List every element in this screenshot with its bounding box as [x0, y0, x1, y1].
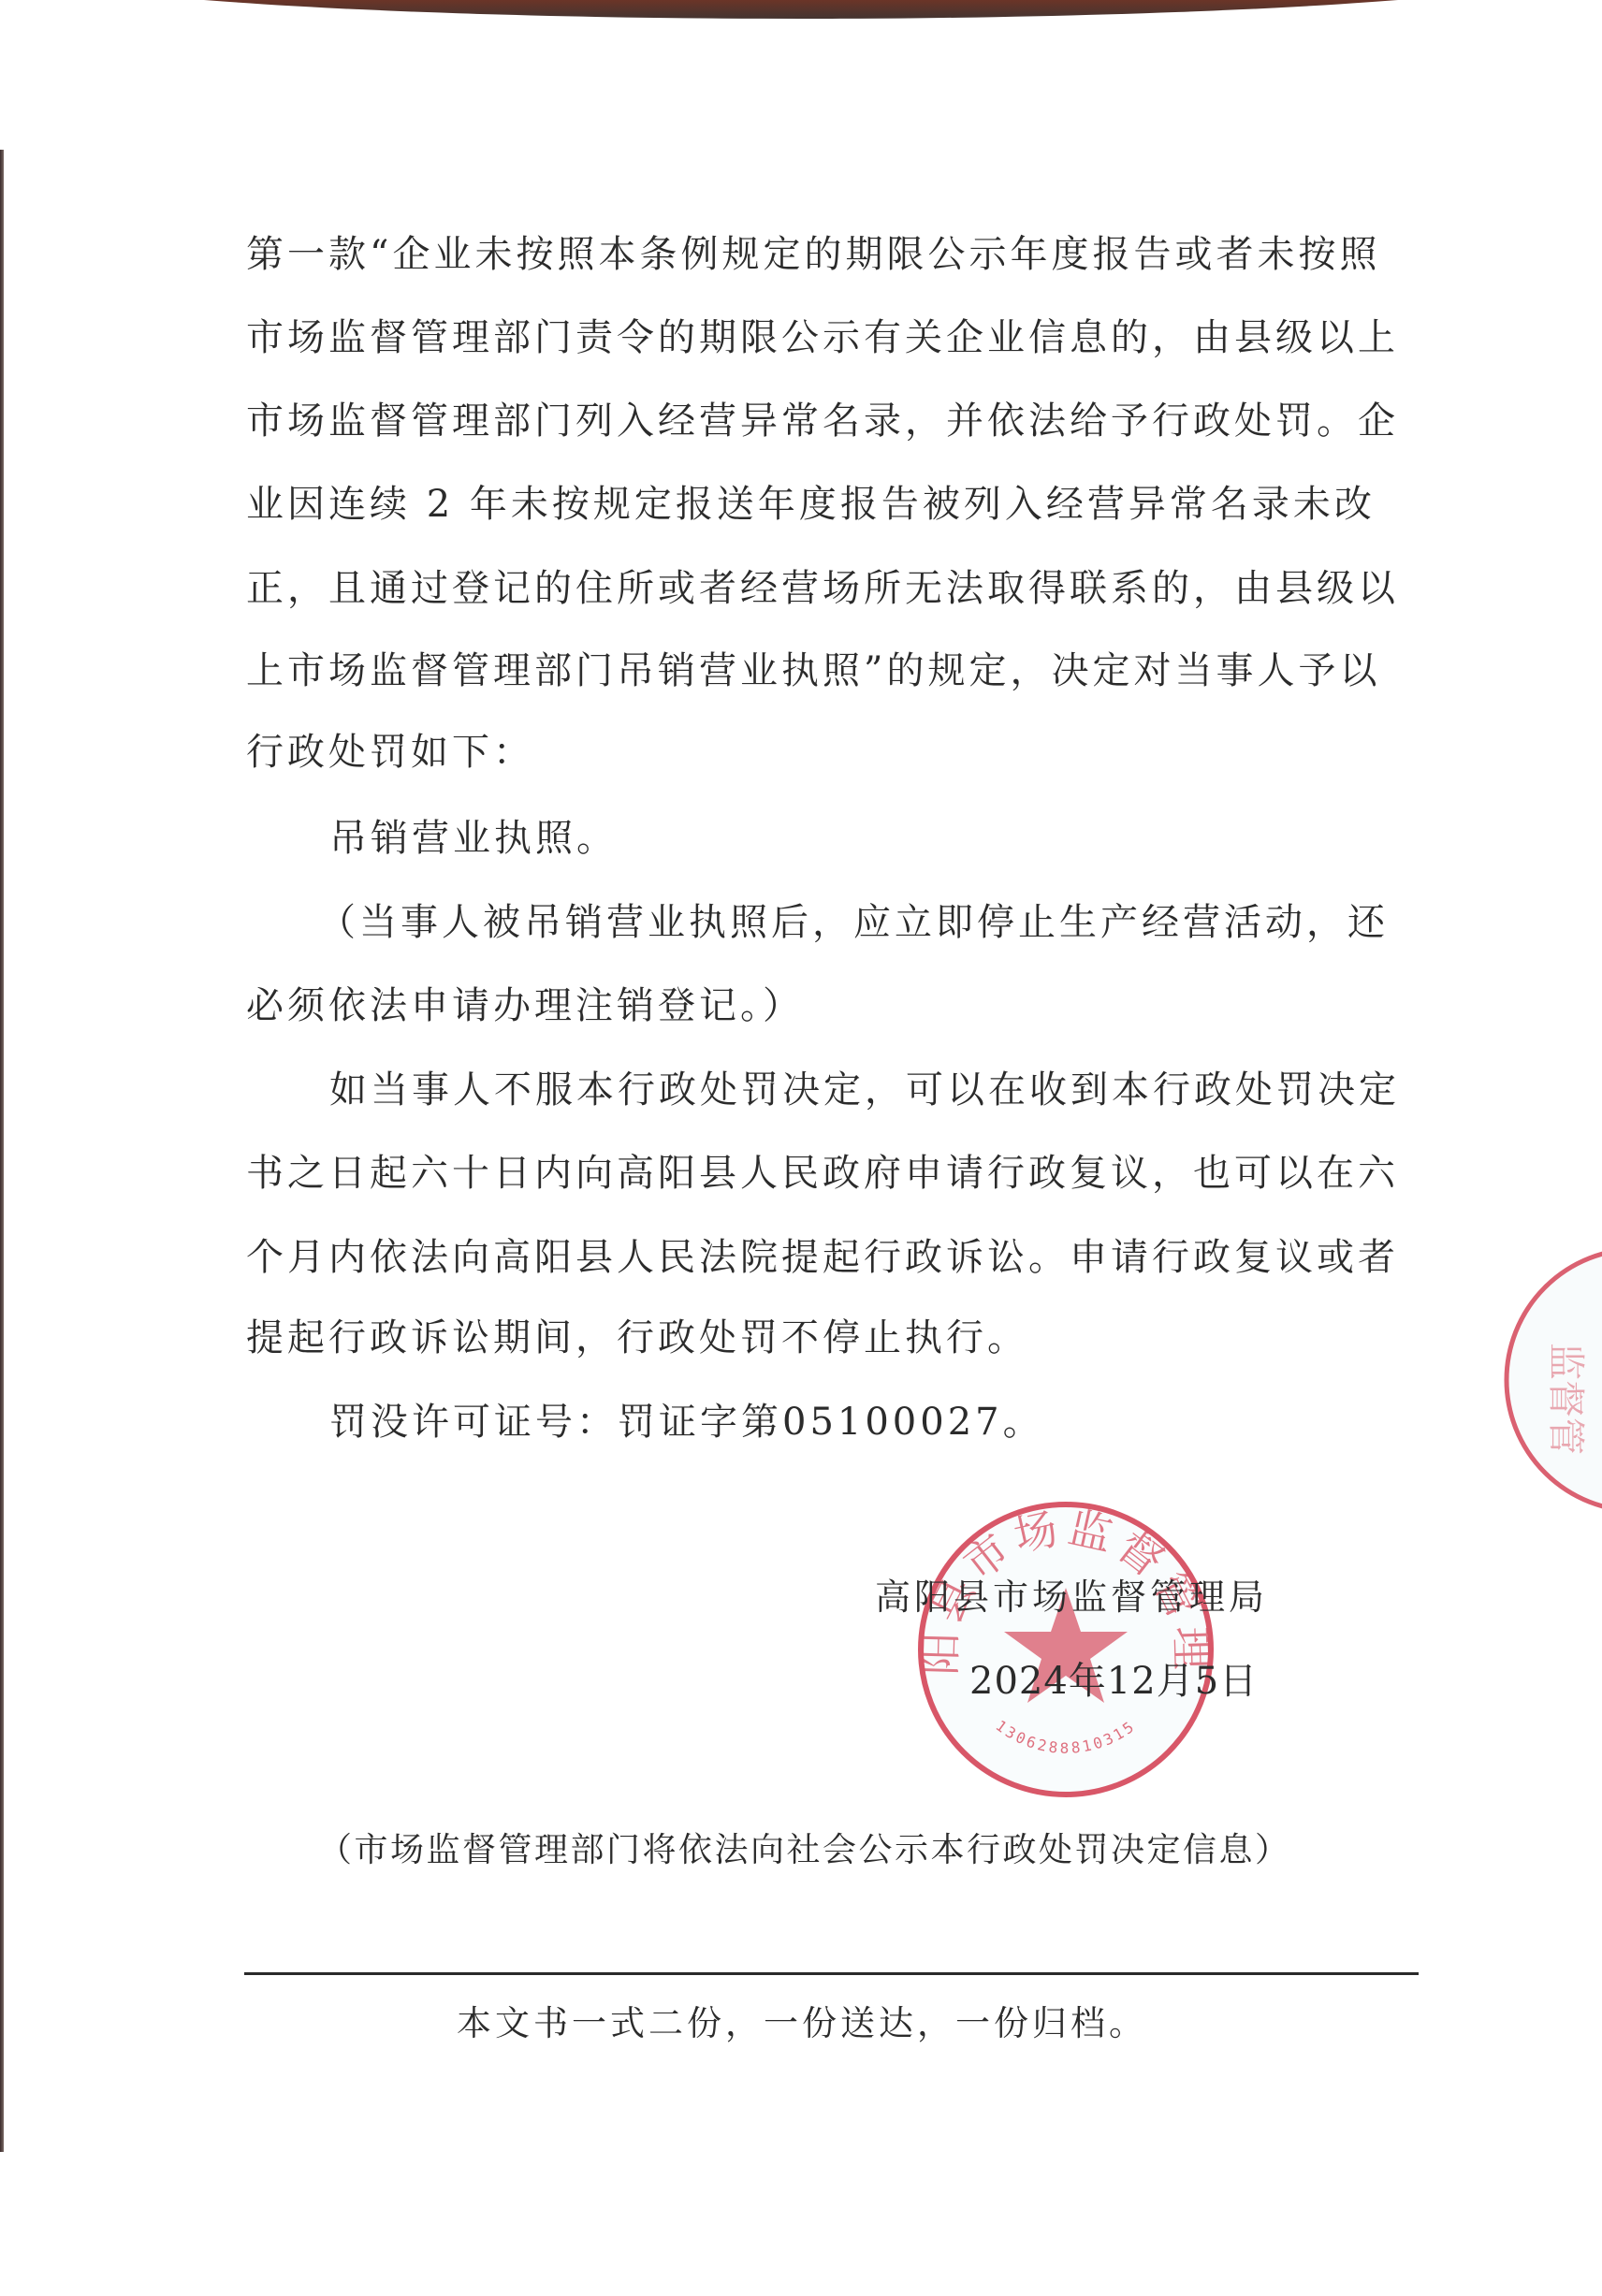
permit-number: 罚没许可证号：罚证字第05100027。 — [329, 1400, 1452, 1445]
scan-left-edge — [0, 150, 4, 2152]
body-line: 第一款“企业未按照本条例规定的期限公示年度报告或者未按照 — [246, 232, 1369, 277]
footer-divider — [244, 1972, 1419, 1975]
appeal-line: 提起行政诉讼期间，行政处罚不停止执行。 — [246, 1315, 1369, 1360]
penalty-decision: 吊销营业执照。 — [329, 816, 1452, 861]
body-line: 行政处罚如下： — [246, 730, 1369, 775]
appeal-line: 个月内依法向高阳县人民法院提起行政诉讼。申请行政复议或者 — [246, 1235, 1369, 1280]
issue-date: 2024年12月5日 — [969, 1659, 1258, 1704]
scan-top-shadow — [0, 0, 1602, 19]
footer-copies-note: 本文书一式二份，一份送达，一份归档。 — [457, 2002, 1147, 2045]
publicity-notice: （市场监督管理部门将依法向社会公示本行政处罚决定信息） — [318, 1830, 1291, 1871]
seam-seal-text: 监督管 — [1544, 1343, 1587, 1455]
body-line: 业因连续 2 年未按规定报送年度报告被列入经营异常名录未改 — [246, 482, 1369, 527]
issuer-signature: 高阳县市场监督管理局 — [875, 1575, 1268, 1620]
penalty-note-line: 必须依法申请办理注销登记。） — [246, 983, 1369, 1028]
body-line: 正，且通过登记的住所或者经营场所无法取得联系的，由县级以 — [246, 566, 1369, 611]
seam-seal: 监督管 — [1497, 1240, 1602, 1520]
penalty-note-line: （当事人被吊销营业执照后，应立即停止生产经营活动，还 — [318, 900, 1441, 945]
appeal-line: 书之日起六十日内向高阳县人民政府申请行政复议，也可以在六 — [246, 1151, 1369, 1196]
body-line: 市场监督管理部门责令的期限公示有关企业信息的，由县级以上 — [246, 315, 1369, 360]
appeal-line: 如当事人不服本行政处罚决定，可以在收到本行政处罚决定 — [329, 1068, 1452, 1112]
body-line: 上市场监督管理部门吊销营业执照”的规定，决定对当事人予以 — [246, 648, 1369, 693]
body-line: 市场监督管理部门列入经营异常名录，并依法给予行政处罚。企 — [246, 399, 1369, 443]
official-seal: 高阳县市场监督管理局 1306288810315 — [915, 1499, 1216, 1800]
